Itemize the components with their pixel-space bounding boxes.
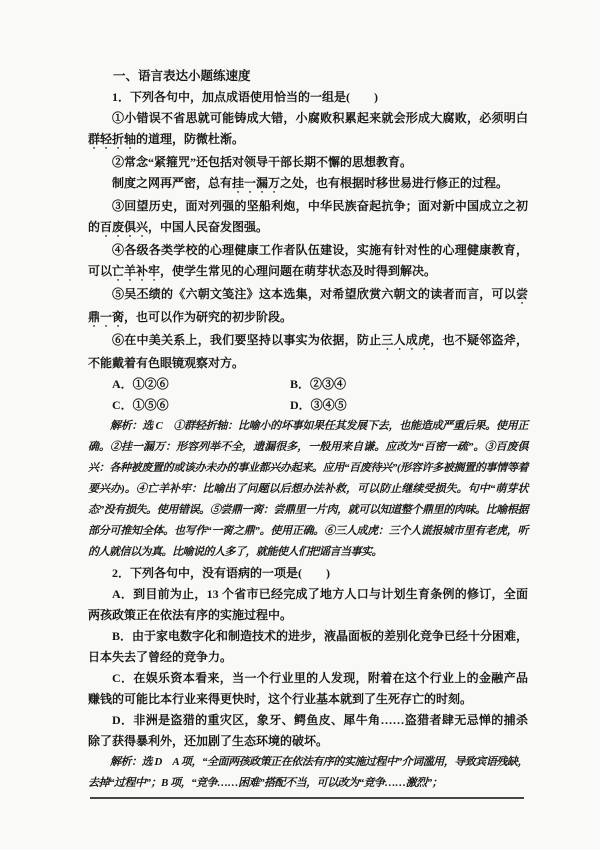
q1-item-4: ④各级各类学校的心理健康工作者队伍建设，实施有针对性的心理健康教育，可以亡羊补牢… <box>88 240 528 284</box>
emphasized-idiom: 群轻折轴 <box>88 132 136 146</box>
q1-item-3: ③回望历史，面对列强的坚船利炮，中华民族奋起抗争；面对新中国成立之初的百废俱兴，… <box>88 196 528 240</box>
q1-option-b: B．②③④ <box>290 374 528 395</box>
q1-analysis-text: ①群轻折轴：比喻小的坏事如果任其发展下去，也能造成严重后果。使用正确。②挂一漏万… <box>88 420 528 558</box>
text-segment: 制度之网再严密，总有 <box>112 176 232 190</box>
q1-item-5: ⑤吴丕绩的《六朝文笺注》这本选集，对希望欣赏六朝文的读者而言，可以尝鼎一脔，也可… <box>88 284 528 330</box>
text-segment: 的道理，防微杜渐。 <box>136 132 244 146</box>
q1-item-2: ②常念“紧箍咒”还包括对领导干部长期不懈的思想教育。 <box>88 152 528 173</box>
section-title: 一、语言表达小题练速度 <box>88 66 528 87</box>
text-segment: 之处，也有根据时移世易进行修正的过程。 <box>280 176 508 190</box>
q2-stem: 2．下列各句中，没有语病的一项是( ) <box>88 563 528 584</box>
text-segment: ⑥在中美关系上，我们要坚持以事实为依据，防止 <box>112 333 381 347</box>
q1-analysis-label: 解析：选 C <box>110 420 162 432</box>
q2-option-b: B．由于家电数字化和制造技术的进步，液晶面板的差别化竞争已经十分困难，日本失去了… <box>88 626 528 668</box>
scanned-exercise-page: { "document": { "section_title": "一、语言表达… <box>0 0 600 850</box>
q1-item-2-continued: 制度之网再严密，总有挂一漏万之处，也有根据时移世易进行修正的过程。 <box>88 173 528 196</box>
q1-item-6: ⑥在中美关系上，我们要坚持以事实为依据，防止三人成虎，也不疑邻盗斧，不能戴着有色… <box>88 330 528 374</box>
q2-option-a: A．到目前为止，13 个省市已经完成了地方人口与计划生育条例的修订，全面两孩政策… <box>88 584 528 626</box>
q1-option-c: C．①⑤⑥ <box>112 395 290 416</box>
text-segment: ②常念“紧箍咒”还包括对领导干部长期不懈的思想教育。 <box>112 155 412 169</box>
emphasized-idiom: 亡羊补牢 <box>112 264 160 278</box>
emphasized-idiom: 挂一漏万 <box>232 176 280 190</box>
q2-option-c: C．在娱乐资本看来，当一个行业里的人发现，附着在这个行业上的金融产品赚钱的可能比… <box>88 668 528 710</box>
text-segment: ，也可以作为研究的初步阶段。 <box>124 310 292 324</box>
q2-option-d: D．非洲是盗猎的重灾区，象牙、鳄鱼皮、犀牛角……盗猎者肆无忌惮的捕杀除了获得暴利… <box>88 710 528 752</box>
q2-analysis-label: 解析：选 D <box>110 756 162 768</box>
q1-options-row-1: A．①②⑥ B．②③④ <box>88 374 528 395</box>
q1-options-row-2: C．①⑤⑥ D．③④⑤ <box>88 395 528 416</box>
emphasized-idiom: 三人成虎 <box>381 333 430 347</box>
q1-option-d: D．③④⑤ <box>290 395 528 416</box>
document-page: 一、语言表达小题练速度 1．下列各句中，加点成语使用恰当的一组是( ) ①小错误… <box>88 66 528 794</box>
text-segment: ⑤吴丕绩的《六朝文笺注》这本选集，对希望欣赏六朝文的读者而言，可以 <box>112 287 516 301</box>
q2-analysis: 解析：选 D A 项，“全面两孩政策正在依法有序的实施过程中”介词滥用，导致宾语… <box>88 752 528 794</box>
text-segment: ，使学生常见的心理问题在萌芽状态及时得到解决。 <box>160 264 436 278</box>
q1-analysis: 解析：选 C ①群轻折轴：比喻小的坏事如果任其发展下去，也能造成严重后果。使用正… <box>88 416 528 563</box>
text-segment: ，中国人民奋发图强。 <box>148 220 268 234</box>
q1-stem: 1．下列各句中，加点成语使用恰当的一组是( ) <box>88 87 528 108</box>
q1-option-a: A．①②⑥ <box>112 374 290 395</box>
emphasized-idiom: 百废俱兴 <box>100 220 148 234</box>
text-segment: ①小错误不省思就可能铸成大错，小腐败积累起来就会形成大腐败，必须明白 <box>112 111 528 125</box>
page-footer-rule <box>90 797 524 799</box>
q1-item-1: ①小错误不省思就可能铸成大错，小腐败积累起来就会形成大腐败，必须明白群轻折轴的道… <box>88 108 528 152</box>
